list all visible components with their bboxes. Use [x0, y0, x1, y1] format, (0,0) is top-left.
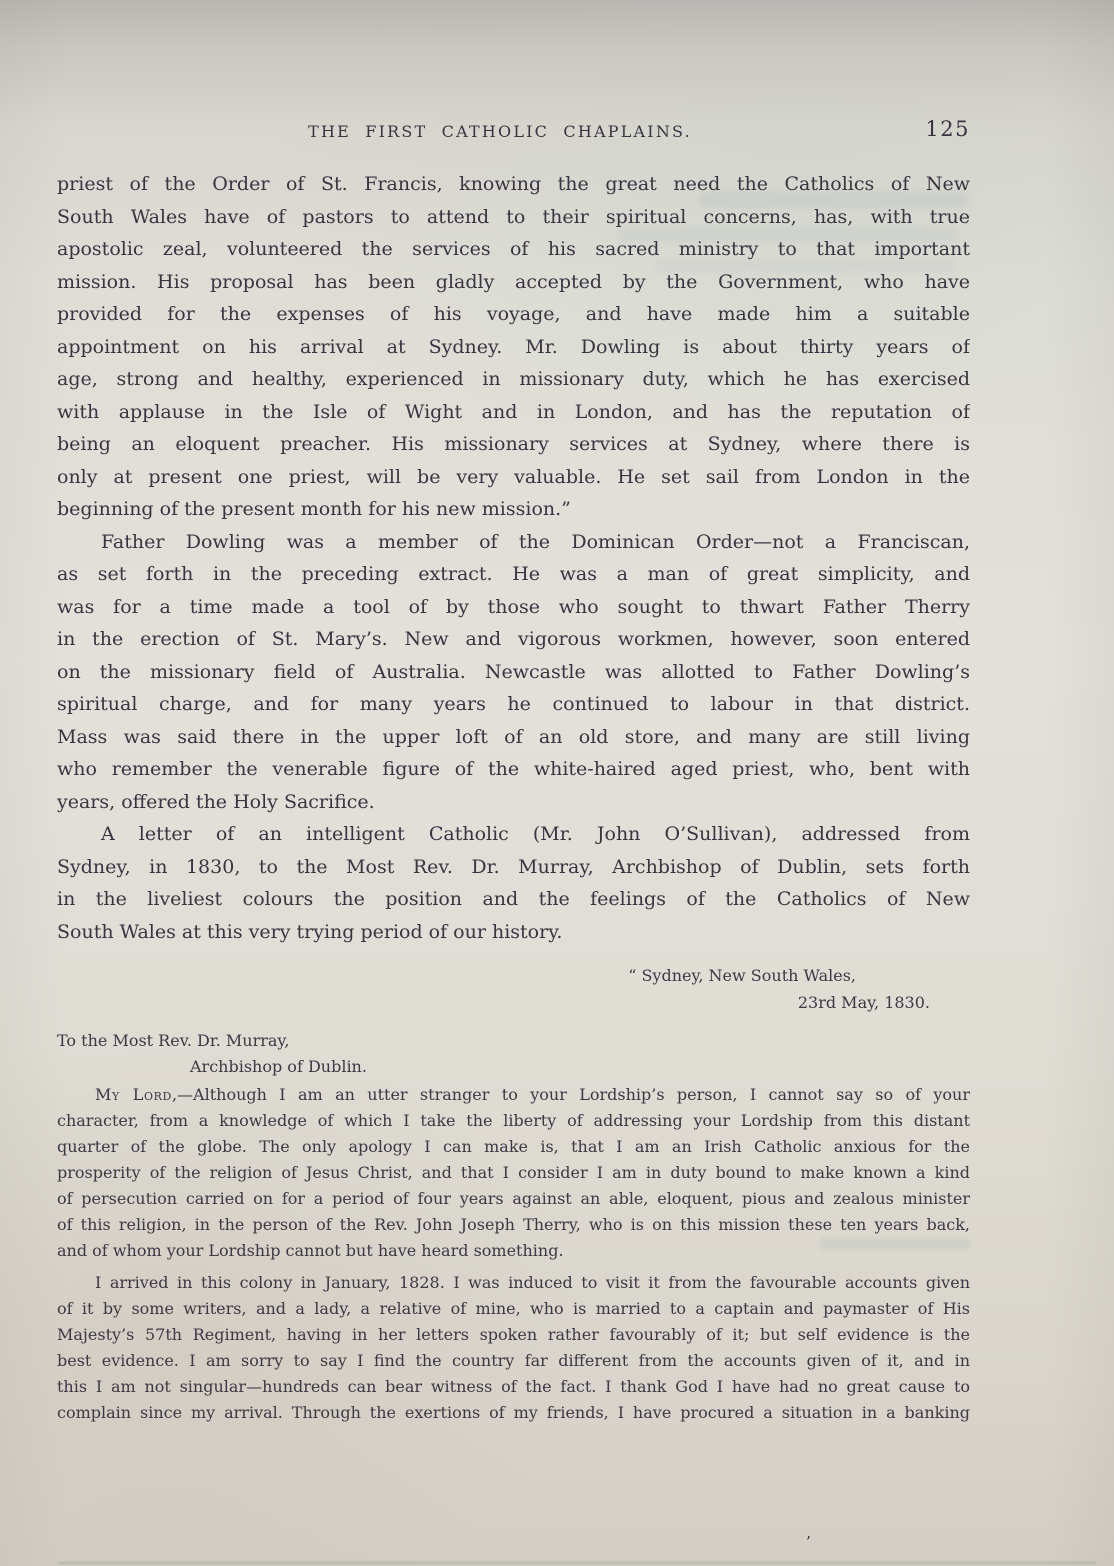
letter-place-line: “ Sydney, New South Wales, [57, 962, 970, 989]
text-line: in the erection of St. Mary’s. New and v… [57, 623, 970, 656]
letter-addressee: To the Most Rev. Dr. Murray, Archbishop … [57, 1028, 970, 1080]
text-line: appointment on his arrival at Sydney. Mr… [57, 331, 970, 364]
paragraph: priest of the Order of St. Francis, know… [57, 168, 970, 526]
text-line: A letter of an intelligent Catholic (Mr.… [57, 818, 970, 851]
paragraph: Father Dowling was a member of the Domin… [57, 526, 970, 819]
text-line: who remember the venerable figure of the… [57, 753, 970, 786]
paragraph: A letter of an intelligent Catholic (Mr.… [57, 818, 970, 948]
text-line: being an eloquent preacher. His missiona… [57, 428, 970, 461]
text-line: Majesty’s 57th Regiment, having in her l… [57, 1322, 970, 1348]
main-text: priest of the Order of St. Francis, know… [57, 168, 970, 948]
letter-section: “ Sydney, New South Wales, 23rd May, 183… [57, 962, 970, 1426]
text-line: To the Most Rev. Dr. Murray, [57, 1028, 970, 1054]
text-run: ,—Although I am an utter stranger to you… [172, 1085, 970, 1104]
text-line: My Lord,—Although I am an utter stranger… [57, 1082, 970, 1108]
stray-ink-mark: ’ [806, 1533, 811, 1551]
book-page: THE FIRST CATHOLIC CHAPLAINS. 125 priest… [0, 0, 1114, 1566]
text-line: spiritual charge, and for many years he … [57, 688, 970, 721]
running-head: THE FIRST CATHOLIC CHAPLAINS. 125 [30, 119, 970, 149]
text-line: provided for the expenses of his voyage,… [57, 298, 970, 331]
text-line: of it by some writers, and a lady, a rel… [57, 1296, 970, 1322]
text-line: beginning of the present month for his n… [57, 493, 970, 526]
text-line: as set forth in the preceding extract. H… [57, 558, 970, 591]
text-line: character, from a knowledge of which I t… [57, 1108, 970, 1134]
letter-date-line: 23rd May, 1830. [57, 989, 970, 1016]
text-line: on the missionary field of Australia. Ne… [57, 656, 970, 689]
page-number: 125 [925, 117, 970, 141]
text-line: Sydney, in 1830, to the Most Rev. Dr. Mu… [57, 851, 970, 884]
text-line: this I am not singular—hundreds can bear… [57, 1374, 970, 1400]
text-line: of persecution carried on for a period o… [57, 1186, 970, 1212]
text-line: complain since my arrival. Through the e… [57, 1400, 970, 1426]
text-line: only at present one priest, will be very… [57, 461, 970, 494]
text-line: mission. His proposal has been gladly ac… [57, 266, 970, 299]
text-line: in the liveliest colours the position an… [57, 883, 970, 916]
text-line: apostolic zeal, volunteered the services… [57, 233, 970, 266]
text-line: Archbishop of Dublin. [57, 1054, 970, 1080]
text-line: of this religion, in the person of the R… [57, 1212, 970, 1238]
text-line: age, strong and healthy, experienced in … [57, 363, 970, 396]
text-line: and of whom your Lordship cannot but hav… [57, 1238, 970, 1264]
text-line: South Wales have of pastors to attend to… [57, 201, 970, 234]
page-title: THE FIRST CATHOLIC CHAPLAINS. [30, 122, 970, 141]
text-line: Mass was said there in the upper loft of… [57, 721, 970, 754]
text-line: years, offered the Holy Sacrifice. [57, 786, 970, 819]
page-edge-shadow [58, 1562, 1096, 1564]
letter-body: My Lord,—Although I am an utter stranger… [57, 1082, 970, 1426]
text-line: with applause in the Isle of Wight and i… [57, 396, 970, 429]
text-line: priest of the Order of St. Francis, know… [57, 168, 970, 201]
text-line: prosperity of the religion of Jesus Chri… [57, 1160, 970, 1186]
text-line: best evidence. I am sorry to say I find … [57, 1348, 970, 1374]
text-line: I arrived in this colony in January, 182… [57, 1270, 970, 1296]
text-line: Father Dowling was a member of the Domin… [57, 526, 970, 559]
paragraph: I arrived in this colony in January, 182… [57, 1270, 970, 1426]
paragraph: My Lord,—Although I am an utter stranger… [57, 1082, 970, 1264]
text-line: was for a time made a tool of by those w… [57, 591, 970, 624]
text-line: quarter of the globe. The only apology I… [57, 1134, 970, 1160]
text-line: South Wales at this very trying period o… [57, 916, 970, 949]
smallcaps-text: My Lord [95, 1085, 172, 1104]
